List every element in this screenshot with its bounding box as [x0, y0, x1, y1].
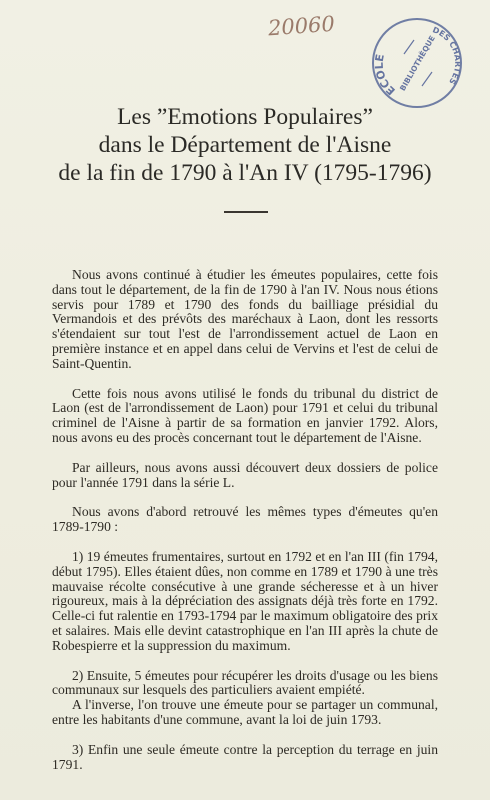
library-stamp: ECOLE DES CHARTES BIBLIOTHÈQUE	[372, 18, 462, 108]
paragraph-point-3: 3) Enfin une seule émeute contre la perc…	[52, 743, 438, 773]
stamp-middle-text: BIBLIOTHÈQUE	[398, 34, 437, 92]
stamp-bottom-text: DES CHARTES	[431, 25, 460, 86]
scanned-page: 20060 ECOLE DES CHARTES BIBLIOTHÈQUE Les…	[0, 0, 490, 800]
paragraph-types: Nous avons d'abord retrouvé les mêmes ty…	[52, 505, 438, 535]
svg-text:ECOLE: ECOLE	[374, 53, 398, 98]
body-text: Nous avons continué à étudier les émeute…	[52, 268, 438, 787]
title-line-2: dans le Département de l'Aisne	[0, 131, 490, 159]
svg-text:DES CHARTES: DES CHARTES	[431, 25, 460, 86]
title-divider	[224, 211, 268, 213]
stamp-top-text: ECOLE	[374, 53, 398, 98]
page-title: Les ”Emotions Populaires” dans le Départ…	[0, 103, 490, 187]
title-line-3: de la fin de 1790 à l'An IV (1795-1796)	[0, 159, 490, 187]
paragraph-sources: Cette fois nous avons utilisé le fonds d…	[52, 387, 438, 446]
paragraph-point-2-cont: A l'inverse, l'on trouve une émeute pour…	[52, 698, 438, 728]
archive-number: 20060	[267, 12, 335, 41]
paragraph-intro: Nous avons continué à étudier les émeute…	[52, 268, 438, 372]
paragraph-point-2: 2) Ensuite, 5 émeutes pour récupérer les…	[52, 669, 438, 699]
paragraph-point-1: 1) 19 émeutes frumentaires, surtout en 1…	[52, 550, 438, 654]
paragraph-police: Par ailleurs, nous avons aussi découvert…	[52, 461, 438, 491]
title-line-1: Les ”Emotions Populaires”	[0, 103, 490, 131]
stamp-icon: ECOLE DES CHARTES BIBLIOTHÈQUE	[374, 20, 460, 106]
